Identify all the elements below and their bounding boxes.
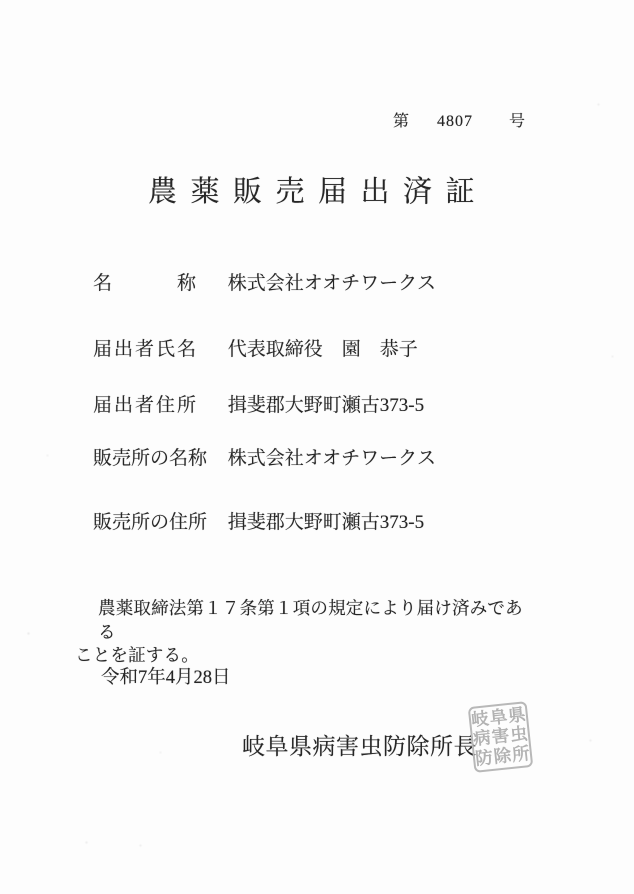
field-row-notifier-name: 届出者氏名 代表取締役 園 恭子 xyxy=(93,339,418,361)
document-number-prefix: 第 xyxy=(393,112,409,131)
certification-statement: 農薬取締法第１７条第１項の規定により届け済みである ことを証する。 xyxy=(75,597,535,668)
issuer-signature: 岐阜県病害虫防除所長 xyxy=(242,733,477,761)
field-label-notifier-name: 届出者氏名 xyxy=(93,339,196,361)
field-row-name: 名称 株式会社オオチワークス xyxy=(93,273,436,295)
field-label-shop-name: 販売所の名称 xyxy=(93,448,196,470)
document-number-suffix: 号 xyxy=(509,112,525,131)
field-label-shop-address: 販売所の住所 xyxy=(93,512,196,534)
certification-statement-line1: 農薬取締法第１７条第１項の規定により届け済みである xyxy=(75,597,535,644)
scan-noise xyxy=(0,0,1,1)
seal-text-row-3: 防除所 xyxy=(475,745,532,768)
certification-statement-line2: ことを証する。 xyxy=(75,644,535,668)
field-value-notifier-address: 揖斐郡大野町瀬古373-5 xyxy=(228,395,424,417)
field-label-notifier-address: 届出者住所 xyxy=(93,395,196,417)
field-label-name: 名称 xyxy=(93,273,196,295)
field-row-shop-name: 販売所の名称 株式会社オオチワークス xyxy=(93,448,436,470)
issue-date: 令和7年4月28日 xyxy=(101,667,231,689)
field-value-shop-name: 株式会社オオチワークス xyxy=(228,448,436,470)
field-value-shop-address: 揖斐郡大野町瀬古373-5 xyxy=(228,512,424,534)
field-value-notifier-name: 代表取締役 園 恭子 xyxy=(228,339,418,361)
document-number-value: 4807 xyxy=(437,112,473,131)
field-value-name: 株式会社オオチワークス xyxy=(228,273,436,295)
field-row-shop-address: 販売所の住所 揖斐郡大野町瀬古373-5 xyxy=(93,512,424,534)
document-number: 第 4807 号 xyxy=(393,112,525,131)
field-row-notifier-address: 届出者住所 揖斐郡大野町瀬古373-5 xyxy=(93,395,424,417)
official-seal-stamp: 岐阜県 病害虫 防除所 xyxy=(468,701,534,773)
certificate-title: 農薬販売届出済証 xyxy=(148,177,488,209)
certificate-page: 第 4807 号 農薬販売届出済証 名称 株式会社オオチワークス 届出者氏名 代… xyxy=(0,0,634,894)
